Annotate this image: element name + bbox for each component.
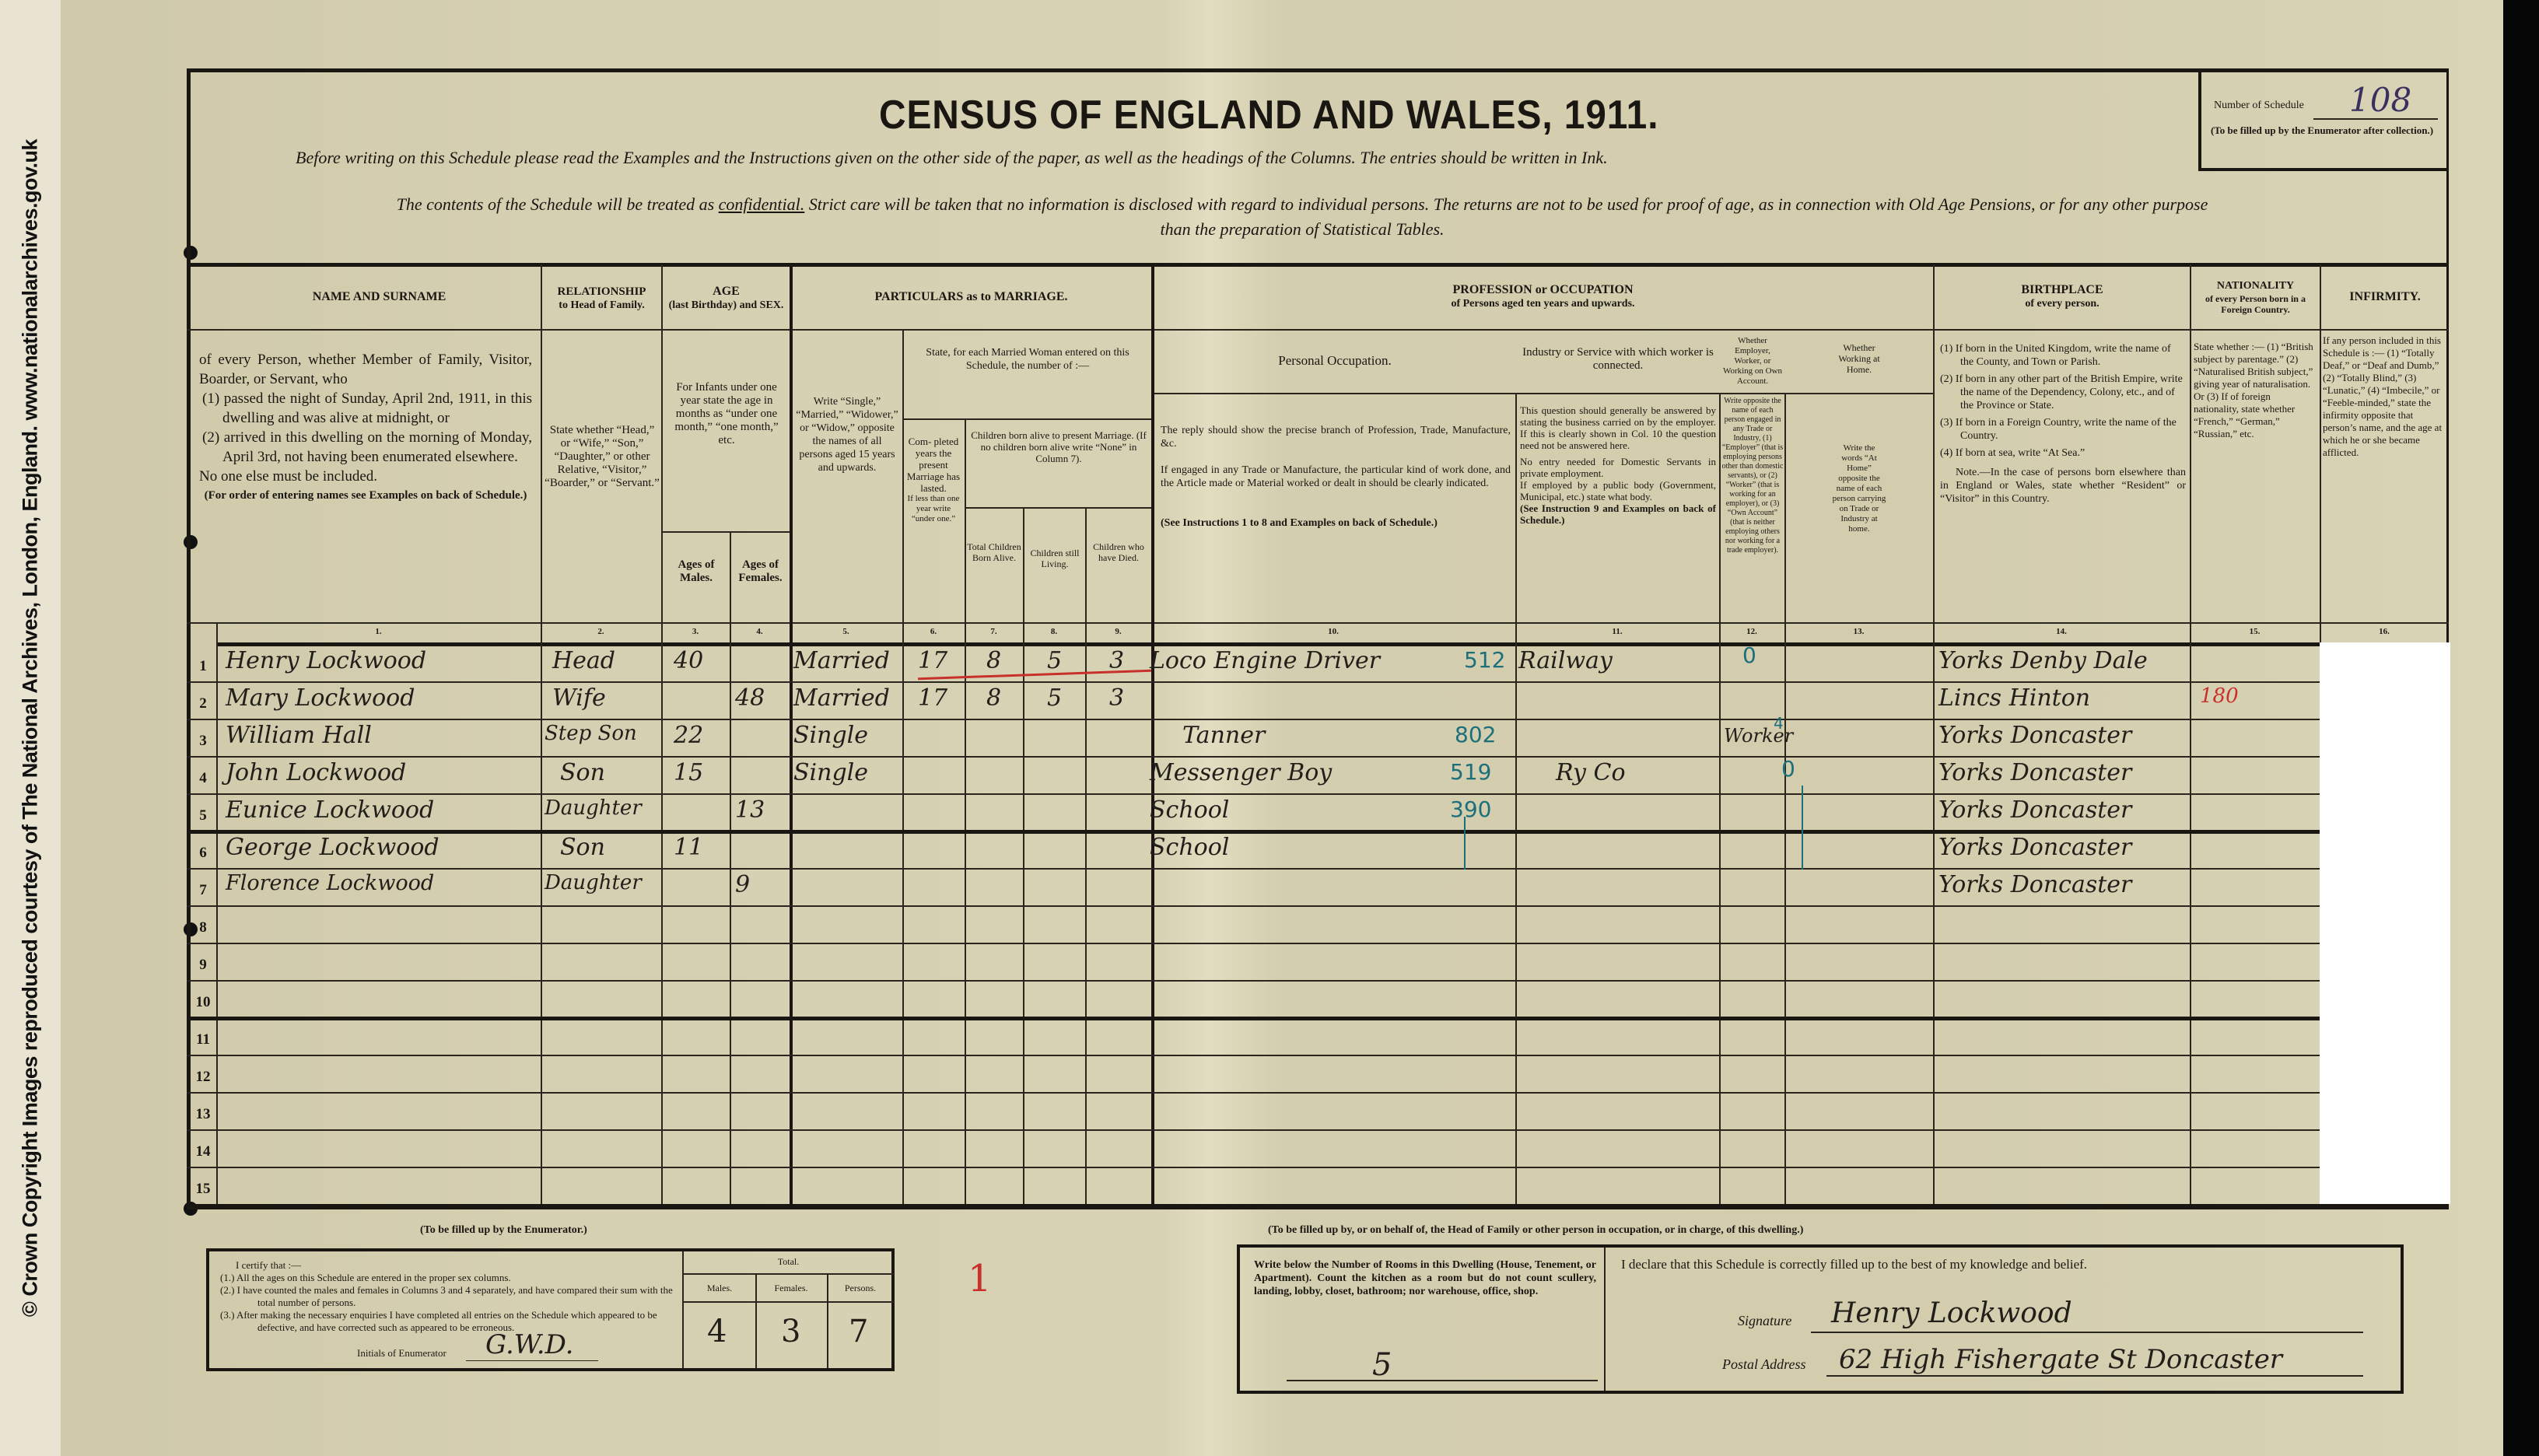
- person-name: Henry Lockwood: [226, 647, 426, 674]
- rooms-count: 5: [1372, 1347, 1392, 1383]
- instruction-text: Before writing on this Schedule please r…: [296, 148, 2108, 168]
- box-divider: [827, 1273, 828, 1368]
- row-line: [187, 719, 2320, 720]
- age-instructions: For Infants under one year state the age…: [666, 381, 787, 447]
- row-number: 4: [191, 770, 215, 787]
- row-line: [187, 943, 2320, 944]
- ditto-line: [1464, 817, 1466, 870]
- col-line: [2190, 264, 2191, 1204]
- children-divider: [965, 507, 1151, 509]
- colnum-divider: [216, 642, 2320, 646]
- col-line: [965, 418, 966, 1204]
- employer-header: Whether Employer, Worker, or Working on …: [1721, 336, 1784, 387]
- person-relationship: Daughter: [545, 871, 642, 894]
- total-children-header: Total Children Born Alive.: [966, 541, 1022, 563]
- row-number: 14: [191, 1143, 215, 1160]
- children-born: 8: [986, 684, 1001, 712]
- row-line: [187, 868, 2320, 870]
- row-line: [187, 1055, 2320, 1056]
- person-relationship: Step Son: [545, 722, 637, 745]
- col-number: 4.: [730, 627, 790, 636]
- person-industry: Railway: [1518, 647, 1613, 674]
- married-woman-divider: [902, 418, 1151, 420]
- row-line: [187, 793, 2320, 795]
- scan-edge: [2503, 0, 2539, 1456]
- children-died: 3: [1109, 684, 1124, 712]
- person-name: Florence Lockwood: [226, 871, 434, 895]
- schedule-note: (To be filled up by the Enumerator after…: [2209, 124, 2435, 137]
- person-female-age: 13: [735, 796, 765, 824]
- col-number: 14.: [1933, 627, 2190, 636]
- signature-line: [1811, 1332, 2363, 1333]
- schedule-number-box: Number of Schedule 108 (To be filled up …: [2198, 68, 2449, 171]
- householder-heading: (To be filled up by, or on behalf of, th…: [1268, 1224, 1803, 1237]
- address-line: [1826, 1375, 2363, 1377]
- header-infirmity: INFIRMITY.: [2321, 264, 2449, 329]
- age-subdivider: [661, 531, 790, 533]
- col-line: [790, 264, 793, 1204]
- persons-label: Persons.: [827, 1283, 894, 1294]
- person-condition: Single: [793, 759, 868, 786]
- col-line: [1023, 507, 1024, 1204]
- col-number: 8.: [1023, 627, 1085, 636]
- person-birthplace: Lincs Hinton: [1938, 684, 2090, 712]
- col-line: [1151, 264, 1154, 1204]
- person-occupation: Loco Engine Driver: [1150, 647, 1380, 674]
- col-number: 5.: [790, 627, 902, 636]
- person-industry: Ry Co: [1556, 759, 1626, 786]
- row-line: [187, 756, 2320, 758]
- employer-code: 0: [1742, 642, 1756, 668]
- row-number: 13: [191, 1106, 215, 1123]
- box-divider: [1604, 1248, 1606, 1391]
- person-birthplace: Yorks Denby Dale: [1938, 647, 2148, 674]
- person-relationship: Daughter: [545, 796, 642, 820]
- person-birthplace: Yorks Doncaster: [1938, 796, 2131, 824]
- col-line: [661, 264, 663, 1204]
- person-birthplace: Yorks Doncaster: [1938, 871, 2131, 898]
- person-female-age: 48: [735, 684, 765, 712]
- col-line: [216, 622, 218, 1204]
- col-number: 10.: [1151, 627, 1515, 636]
- ages-females-label: Ages of Females.: [731, 558, 790, 585]
- form-border: [187, 68, 2449, 1209]
- total-label: Total.: [685, 1256, 891, 1268]
- header-name: NAME AND SURNAME: [218, 264, 541, 329]
- females-label: Females.: [755, 1283, 827, 1294]
- person-birthplace: Yorks Doncaster: [1938, 834, 2131, 861]
- children-living-header: Children still Living.: [1024, 548, 1085, 569]
- col-number: 1.: [216, 627, 541, 636]
- industry-header: Industry or Service with which worker is…: [1518, 346, 1718, 373]
- name-instructions: of every Person, whether Member of Famil…: [199, 350, 532, 502]
- row-number: 15: [191, 1181, 215, 1198]
- schedule-number: 108: [2349, 81, 2411, 119]
- person-birthplace: Yorks Doncaster: [1938, 759, 2131, 786]
- person-condition: Single: [793, 722, 868, 749]
- copyright-strip: © Crown Copyright Images reproduced cour…: [0, 0, 61, 1456]
- box-divider: [682, 1251, 684, 1368]
- header-birthplace: BIRTHPLACEof every person.: [1935, 264, 2190, 329]
- person-relationship: Head: [552, 647, 615, 674]
- col-number: 16.: [2320, 627, 2449, 636]
- address-label: Postal Address: [1722, 1356, 1806, 1373]
- employer-code: 4: [1774, 714, 1784, 733]
- header-relationship: RELATIONSHIPto Head of Family.: [542, 268, 661, 329]
- row-number: 3: [191, 733, 215, 750]
- person-relationship: Son: [560, 759, 605, 786]
- person-name: Mary Lockwood: [226, 684, 415, 712]
- personal-occupation-instructions: The reply should show the precise branch…: [1161, 424, 1511, 530]
- col-number: 12.: [1719, 627, 1784, 636]
- nationality-instructions: State whether :— (1) “British subject by…: [2194, 341, 2318, 440]
- infirmity-instructions: If any person included in this Schedule …: [2323, 334, 2447, 459]
- signature: Henry Lockwood: [1831, 1297, 2072, 1329]
- col-line: [1085, 507, 1087, 1204]
- total-persons: 7: [849, 1314, 868, 1349]
- person-female-age: 9: [735, 871, 750, 898]
- col-number: 3.: [661, 627, 730, 636]
- row-line: [187, 1167, 2320, 1168]
- children-living: 5: [1047, 647, 1062, 674]
- row-line: [187, 1092, 2320, 1094]
- person-occupation: School: [1150, 796, 1229, 824]
- schedule-label: Number of Schedule: [2214, 100, 2304, 112]
- page-title: CENSUS OF ENGLAND AND WALES, 1911.: [879, 92, 1658, 138]
- occupation-code: 512: [1464, 647, 1505, 673]
- birthplace-instructions: (1) If born in the United Kingdom, write…: [1940, 342, 2186, 506]
- person-male-age: 40: [674, 647, 703, 674]
- header-age: AGE(last Birthday) and SEX.: [663, 268, 790, 329]
- children-died-header: Children who have Died.: [1087, 541, 1150, 563]
- certify-text: I certify that :— (1.) All the ages on t…: [220, 1259, 679, 1334]
- row-number: 8: [191, 919, 215, 936]
- occupation-code: 802: [1455, 722, 1496, 747]
- header-marriage: PARTICULARS as to MARRIAGE.: [791, 264, 1151, 329]
- header-occupation: PROFESSION or OCCUPATIONof Persons aged …: [1153, 264, 1933, 329]
- occupation-code: 519: [1450, 759, 1491, 785]
- children-living: 5: [1047, 684, 1062, 712]
- person-name: John Lockwood: [226, 759, 406, 786]
- person-male-age: 15: [674, 759, 703, 786]
- industry-instructions: This question should generally be answer…: [1520, 404, 1716, 526]
- person-relationship: Son: [560, 834, 605, 861]
- ages-males-label: Ages of Males.: [663, 558, 730, 585]
- children-header: Children born alive to present Marriage.…: [968, 429, 1150, 464]
- total-males: 4: [707, 1314, 727, 1349]
- males-label: Males.: [684, 1283, 755, 1294]
- enumerator-heading: (To be filled up by the Enumerator.): [420, 1224, 587, 1237]
- person-occupation: Messenger Boy: [1150, 759, 1332, 786]
- enumerator-initials: G.W.D.: [485, 1329, 573, 1360]
- person-birthplace: Yorks Doncaster: [1938, 722, 2131, 749]
- col-line: [1933, 264, 1935, 1204]
- table-bottom-line: [187, 1204, 2449, 1208]
- col-number: 2.: [541, 627, 661, 636]
- row-number: 9: [191, 957, 215, 974]
- header-divider: [187, 329, 2449, 331]
- person-name: William Hall: [226, 722, 372, 749]
- person-occupation: Tanner: [1182, 722, 1265, 749]
- header-nationality: NATIONALITYof every Person born in a For…: [2191, 264, 2320, 329]
- occupation-divider: [1151, 393, 1933, 394]
- rooms-instructions: Write below the Number of Rooms in this …: [1254, 1258, 1596, 1298]
- row-number: 12: [191, 1069, 215, 1086]
- person-condition: Married: [793, 684, 890, 712]
- years-married-header: Com- pleted years the present Marriage h…: [904, 436, 963, 524]
- occupation-code: 390: [1450, 796, 1491, 822]
- row-line: [187, 681, 2320, 683]
- years-married: 17: [918, 684, 947, 712]
- row-line: [187, 980, 2320, 982]
- enumerator-box: I certify that :— (1.) All the ages on t…: [206, 1248, 895, 1371]
- ditto-line: [1802, 786, 1803, 870]
- col-line: [1515, 393, 1517, 1204]
- person-male-age: 22: [674, 722, 703, 749]
- redaction-box: [2320, 642, 2450, 1204]
- row-line: [187, 905, 2320, 907]
- col-number: 13.: [1784, 627, 1933, 636]
- relationship-instructions: State whether “Head,” or “Wife,” “Son,” …: [545, 424, 660, 490]
- subheader-divider: [187, 622, 2449, 624]
- condition-instructions: Write “Single,” “Married,” “Widower,” or…: [795, 395, 899, 474]
- box-divider: [755, 1273, 757, 1368]
- home-instructions: Write the words “At Home” opposite the n…: [1787, 443, 1931, 534]
- employer-code: 0: [1781, 756, 1795, 782]
- row-line: [187, 1017, 2320, 1020]
- col-line: [541, 264, 542, 1204]
- row-number: 6: [191, 845, 215, 862]
- copyright-text: © Crown Copyright Images reproduced cour…: [19, 139, 43, 1317]
- red-tally-mark: 1: [968, 1257, 992, 1300]
- total-females: 3: [781, 1314, 800, 1349]
- box-divider: [684, 1273, 894, 1275]
- col-number: 7.: [965, 627, 1023, 636]
- householder-box: Write below the Number of Rooms in this …: [1237, 1244, 2404, 1394]
- person-name: Eunice Lockwood: [226, 796, 434, 824]
- employer-instructions: Write opposite the name of each person e…: [1721, 397, 1784, 555]
- years-married: 17: [918, 647, 947, 674]
- row-number: 10: [191, 994, 215, 1011]
- declaration-text: I declare that this Schedule is correctl…: [1621, 1257, 2087, 1272]
- row-number: 1: [191, 658, 215, 675]
- married-woman-instructions: State, for each Married Woman entered on…: [906, 346, 1149, 373]
- nationality-red-code: 180: [2200, 684, 2239, 708]
- row-number: 11: [191, 1031, 215, 1048]
- col-number: 15.: [2190, 627, 2320, 636]
- initials-underline: [466, 1360, 598, 1361]
- signature-label: Signature: [1738, 1313, 1791, 1329]
- col-line: [1784, 393, 1786, 1204]
- person-occupation: School: [1150, 834, 1229, 861]
- row-number: 2: [191, 695, 215, 712]
- row-line: [187, 1129, 2320, 1131]
- person-name: George Lockwood: [226, 834, 440, 861]
- person-male-age: 11: [674, 834, 703, 861]
- row-number: 5: [191, 807, 215, 824]
- postal-address: 62 High Fishergate St Doncaster: [1839, 1344, 2282, 1375]
- initials-label: Initials of Enumerator: [357, 1347, 447, 1360]
- confidential-notice-line2: than the preparation of Statistical Tabl…: [198, 219, 2407, 240]
- col-number: 9.: [1085, 627, 1151, 636]
- personal-occupation-header: Personal Occupation.: [1156, 354, 1514, 367]
- person-relationship: Wife: [552, 684, 606, 712]
- row-number: 7: [191, 882, 215, 899]
- person-condition: Married: [793, 647, 890, 674]
- children-born: 8: [986, 647, 1001, 674]
- confidential-notice: The contents of the Schedule will be tre…: [198, 194, 2407, 215]
- box-divider: [684, 1301, 894, 1303]
- rooms-underline: [1287, 1380, 1598, 1381]
- col-number: 11.: [1515, 627, 1719, 636]
- col-number: 6.: [902, 627, 965, 636]
- home-header: Whether Working at Home.: [1787, 342, 1931, 375]
